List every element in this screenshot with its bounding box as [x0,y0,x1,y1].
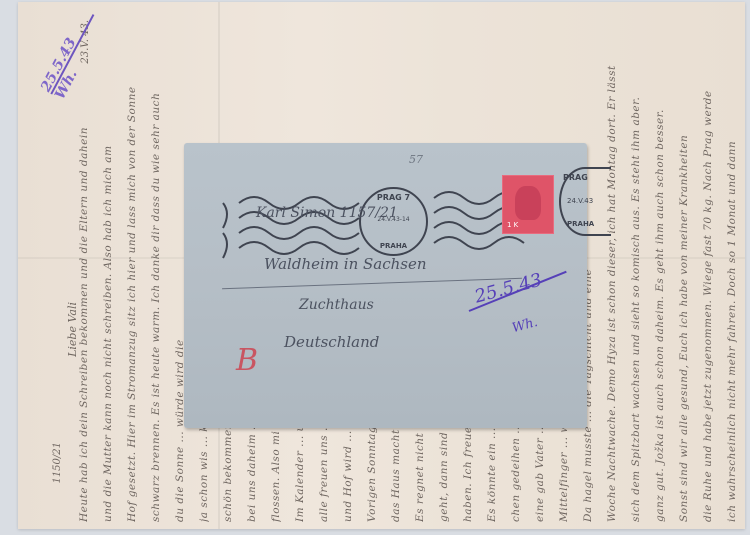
postmark-main: PRAG 7 24.V.43-14 PRAHA [359,187,428,256]
envelope-censor-mark: 25.5.43 Wh. [474,278,543,299]
letter-line: ganz gut. Jožka ist auch schon daheim. E… [654,2,666,522]
letter-reference-number: 1150/21 [52,442,63,484]
letter-line: Woche Nachtwache. Demo Hyza ist schon di… [606,2,618,522]
letter-line: und die Mutter kann noch nicht schreiben… [102,2,114,522]
letter-line: Heute hab ich dein Schreiben bekommen un… [78,2,90,522]
letter-line: sich dem Spitzbart wachsen und sieht so … [630,2,642,522]
pencil-code: 57 [409,153,423,166]
recipient-name: Karl Simon 1157/21 [256,205,398,221]
envelope-censor-initials: Wh. [510,315,539,336]
stamp-portrait-icon [515,186,541,220]
letter-line: Hof gesetzt. Hier im Stromanzug sitz ich… [126,2,138,522]
red-pencil-mark: B [236,343,258,378]
recipient-country: Deutschland [284,333,379,351]
letter-line: schwarz brennen. Es ist heute warm. Ich … [150,2,162,522]
recipient-city: Waldheim in Sachsen [264,255,427,273]
envelope: 57 PRAG 7 24.V.43-14 PRAHA 1 K PRAG 24.V… [184,143,587,428]
recipient-institution: Zuchthaus [299,297,374,313]
letter-line: ich wahrscheinlich nicht mehr fahren. Do… [726,2,738,522]
letter-line: Sonst sind wir alle gesund, Euch ich hab… [678,2,690,522]
postmark-side: PRAG 24.V.43 PRAHA [559,167,611,236]
letter-line: die Ruhe und habe jetzt zugenommen. Wieg… [702,2,714,522]
envelope-censor-date: 25.5.43 [472,269,544,307]
postage-stamp: 1 K [502,175,554,234]
